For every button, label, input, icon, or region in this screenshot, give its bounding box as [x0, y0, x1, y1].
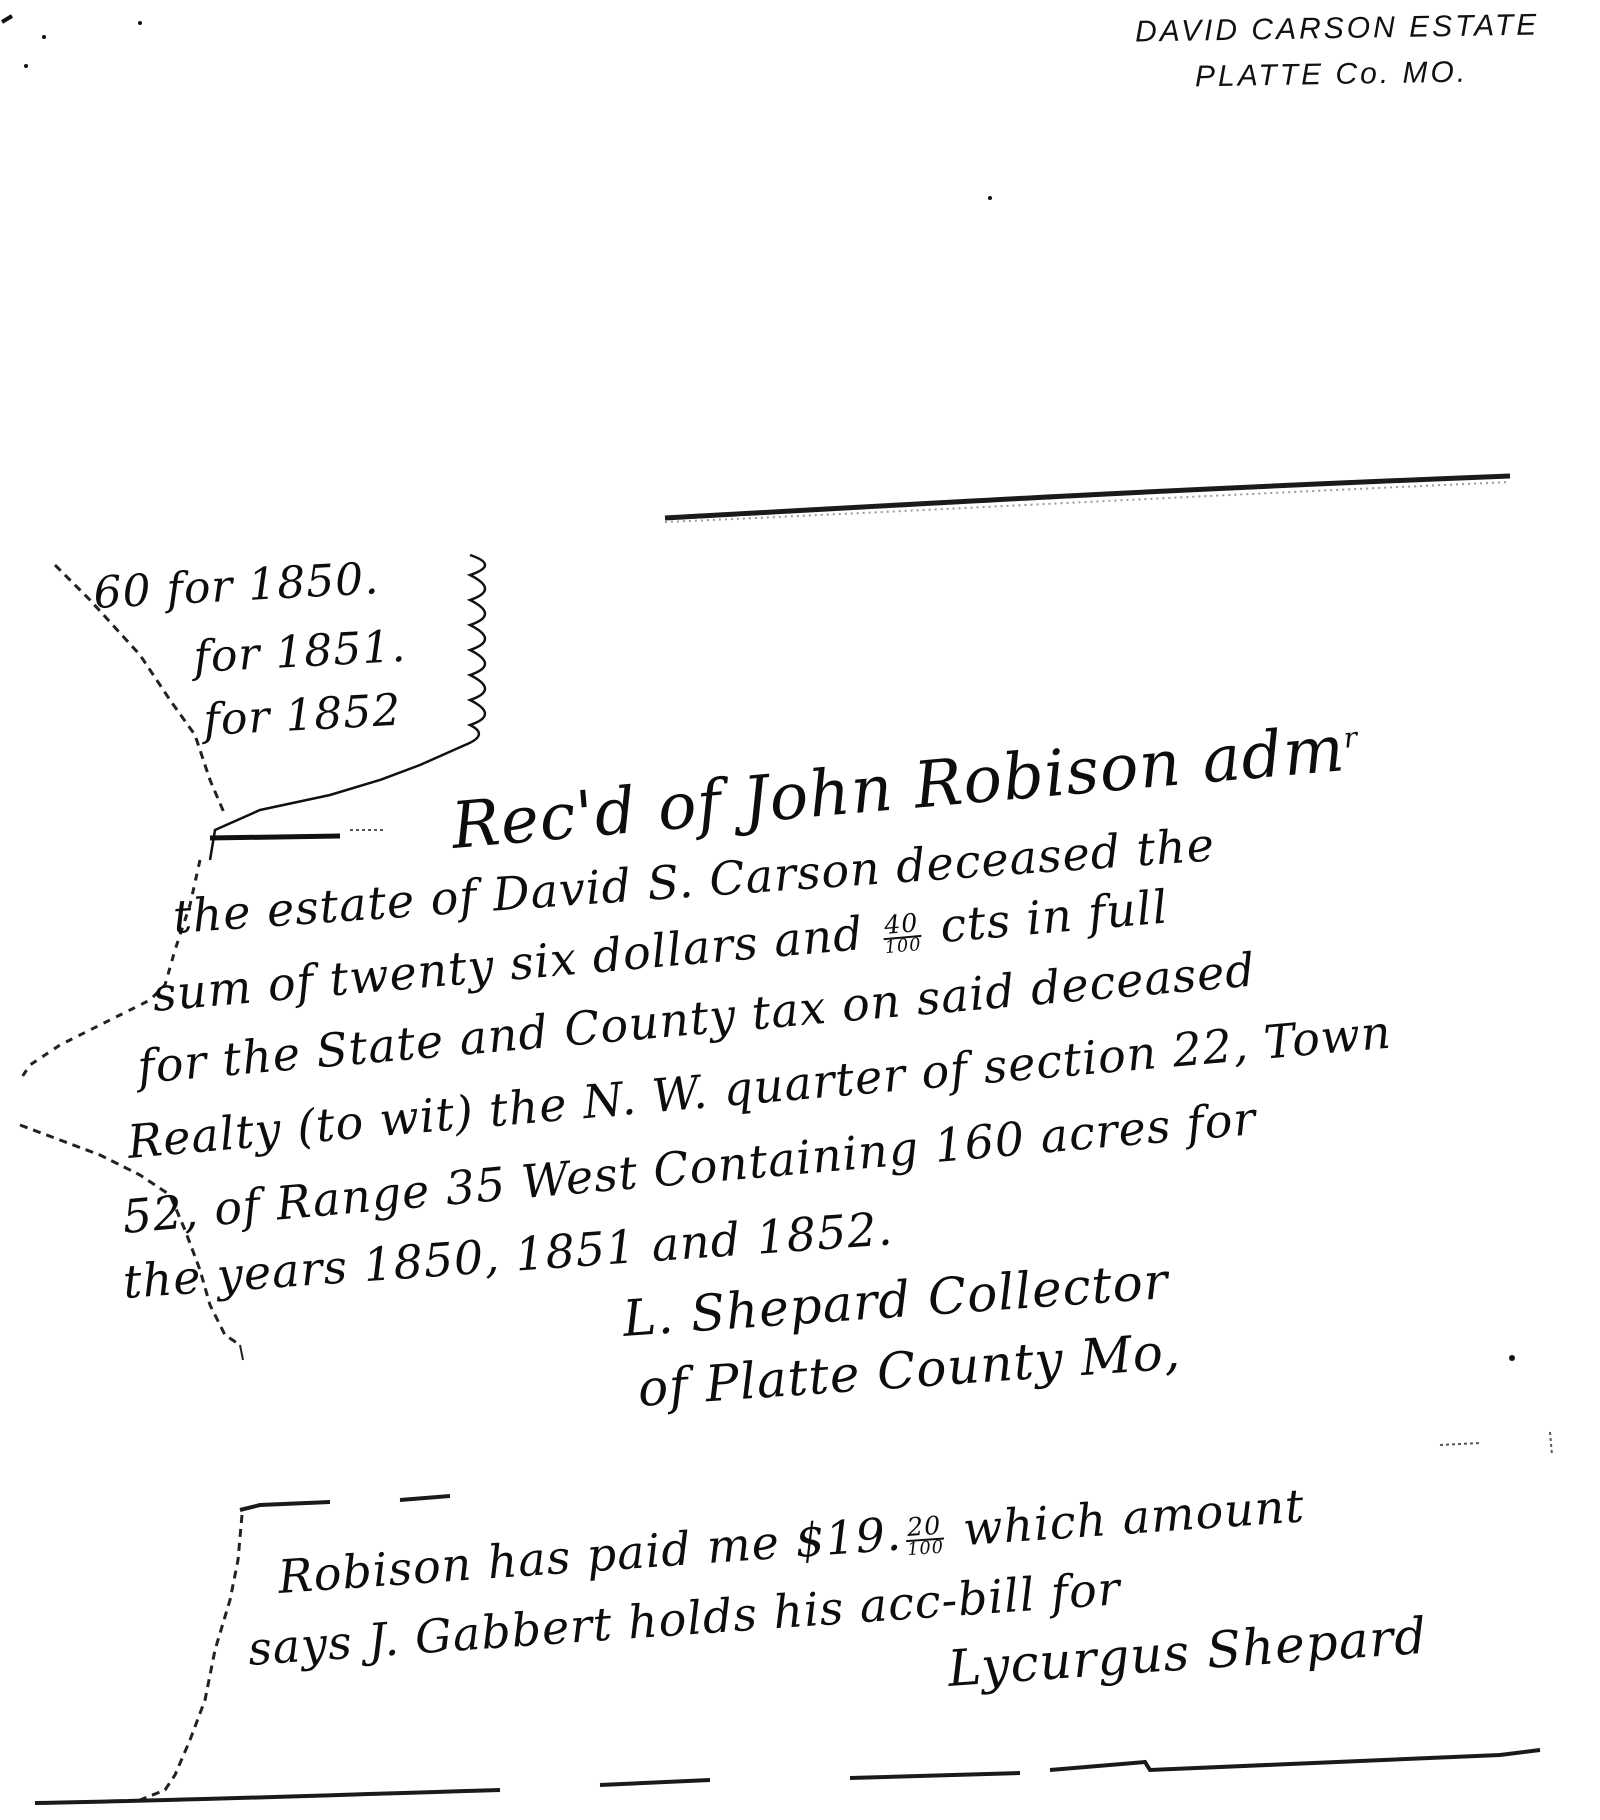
margin-note-1852: for 1852 [202, 685, 402, 746]
margin-note-label: for 1851. [192, 621, 407, 683]
header-estate-title: DAVID CARSON ESTATE [1135, 8, 1540, 49]
scanned-document-page: DAVID CARSON ESTATE PLATTE Co. MO. 60 fo… [0, 0, 1600, 1820]
margin-note-label: for 1852 [202, 685, 402, 746]
header-county-label: PLATTE Co. MO. [1195, 56, 1469, 95]
margin-note-label: for 1850. [165, 553, 380, 615]
margin-note-1850: 60 for 1850. [92, 553, 380, 619]
margin-note-1851: for 1851. [192, 621, 407, 683]
cents-fraction: 40 100 [881, 909, 923, 957]
margin-note-amount: 60 [92, 565, 153, 619]
left-torn-edge-lower [140, 1515, 242, 1800]
note-cents-fraction: 20 100 [904, 1512, 945, 1560]
section-divider-rule [240, 1496, 450, 1510]
bottom-rule [35, 1750, 1540, 1803]
upper-rule [665, 476, 1510, 518]
